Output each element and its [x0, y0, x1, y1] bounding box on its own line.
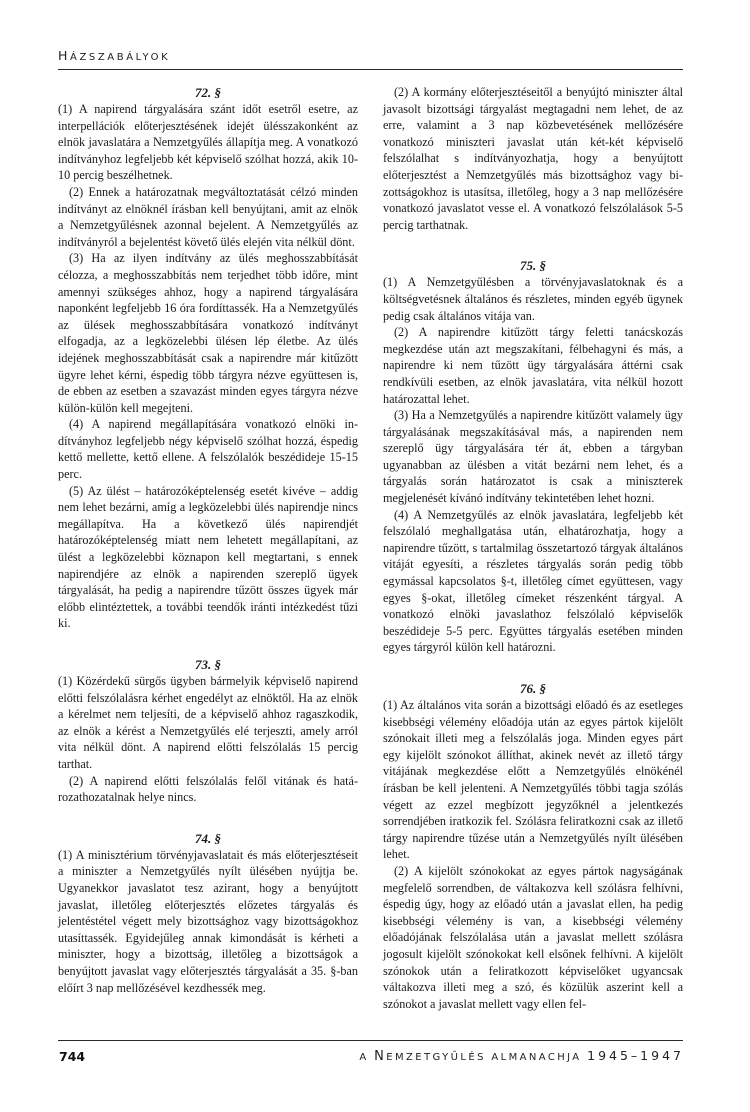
right-column: (2) A kormány előterjesztéseitől a benyú…: [383, 84, 683, 1012]
paragraph-75-2: (2) A napirendre kitűzött tárgy feletti …: [383, 324, 683, 407]
paragraph-76-2: (2) A kijelölt szónokokat az egyes párto…: [383, 863, 683, 1012]
footer-rule: [58, 1040, 683, 1041]
paragraph-75-1: (1) A Nemzetgyűlésben a törvényjavaslato…: [383, 274, 683, 324]
foot-title-initial: N: [374, 1049, 386, 1064]
paragraph-74-2: (2) A kormány előterjesztéseitől a benyú…: [383, 84, 683, 233]
section-spacer: [58, 632, 358, 656]
running-head-text: ázszabályok: [70, 52, 170, 63]
paragraph-72-3: (3) Ha az ilyen indítvány az ülés meghos…: [58, 250, 358, 416]
paragraph-75-3: (3) Ha a Nemzetgyűlés a napirendre kitűz…: [383, 407, 683, 507]
left-column: 72. § (1) A napirend tárgyalására szánt …: [58, 84, 358, 996]
paragraph-73-1: (1) Közérdekű sürgős ügyben bármelyik ké…: [58, 673, 358, 773]
paragraph-73-2: (2) A napirend előtti felszólalás felől …: [58, 773, 358, 806]
paragraph-72-2: (2) Ennek a határozatnak megváltoztatásá…: [58, 184, 358, 250]
book-page: Házszabályok 72. § (1) A napirend tárgya…: [0, 0, 750, 1112]
running-foot-title: A Nemzetgyűlés almanachja 1945–1947: [359, 1048, 684, 1064]
paragraph-72-4: (4) A napirend megállapítására vonatkozó…: [58, 416, 358, 482]
paragraph-72-5: (5) Az ülést – határozóképtelenség eseté…: [58, 483, 358, 632]
paragraph-75-4: (4) A Nemzetgyűlés az elnök javaslatára,…: [383, 507, 683, 656]
foot-title-text: emzetgyűlés almanachja: [386, 1052, 587, 1063]
section-heading-76: 76. §: [383, 680, 683, 697]
running-head-initial: H: [58, 48, 70, 63]
section-heading-74: 74. §: [58, 830, 358, 847]
paragraph-74-1: (1) A minisztérium törvényjavaslatait és…: [58, 847, 358, 996]
page-number: 744: [59, 1049, 85, 1064]
section-spacer: [58, 806, 358, 830]
header-rule: [58, 69, 683, 70]
running-head: Házszabályok: [58, 48, 170, 63]
section-heading-72: 72. §: [58, 84, 358, 101]
paragraph-72-1: (1) A napirend tárgyalására szánt időt e…: [58, 101, 358, 184]
section-spacer: [383, 233, 683, 257]
section-spacer: [383, 656, 683, 680]
foot-title-article: A: [359, 1052, 374, 1063]
foot-title-years: 1945–1947: [587, 1048, 684, 1063]
paragraph-76-1: (1) Az általános vita során a bizottsági…: [383, 697, 683, 863]
section-heading-75: 75. §: [383, 257, 683, 274]
section-heading-73: 73. §: [58, 656, 358, 673]
